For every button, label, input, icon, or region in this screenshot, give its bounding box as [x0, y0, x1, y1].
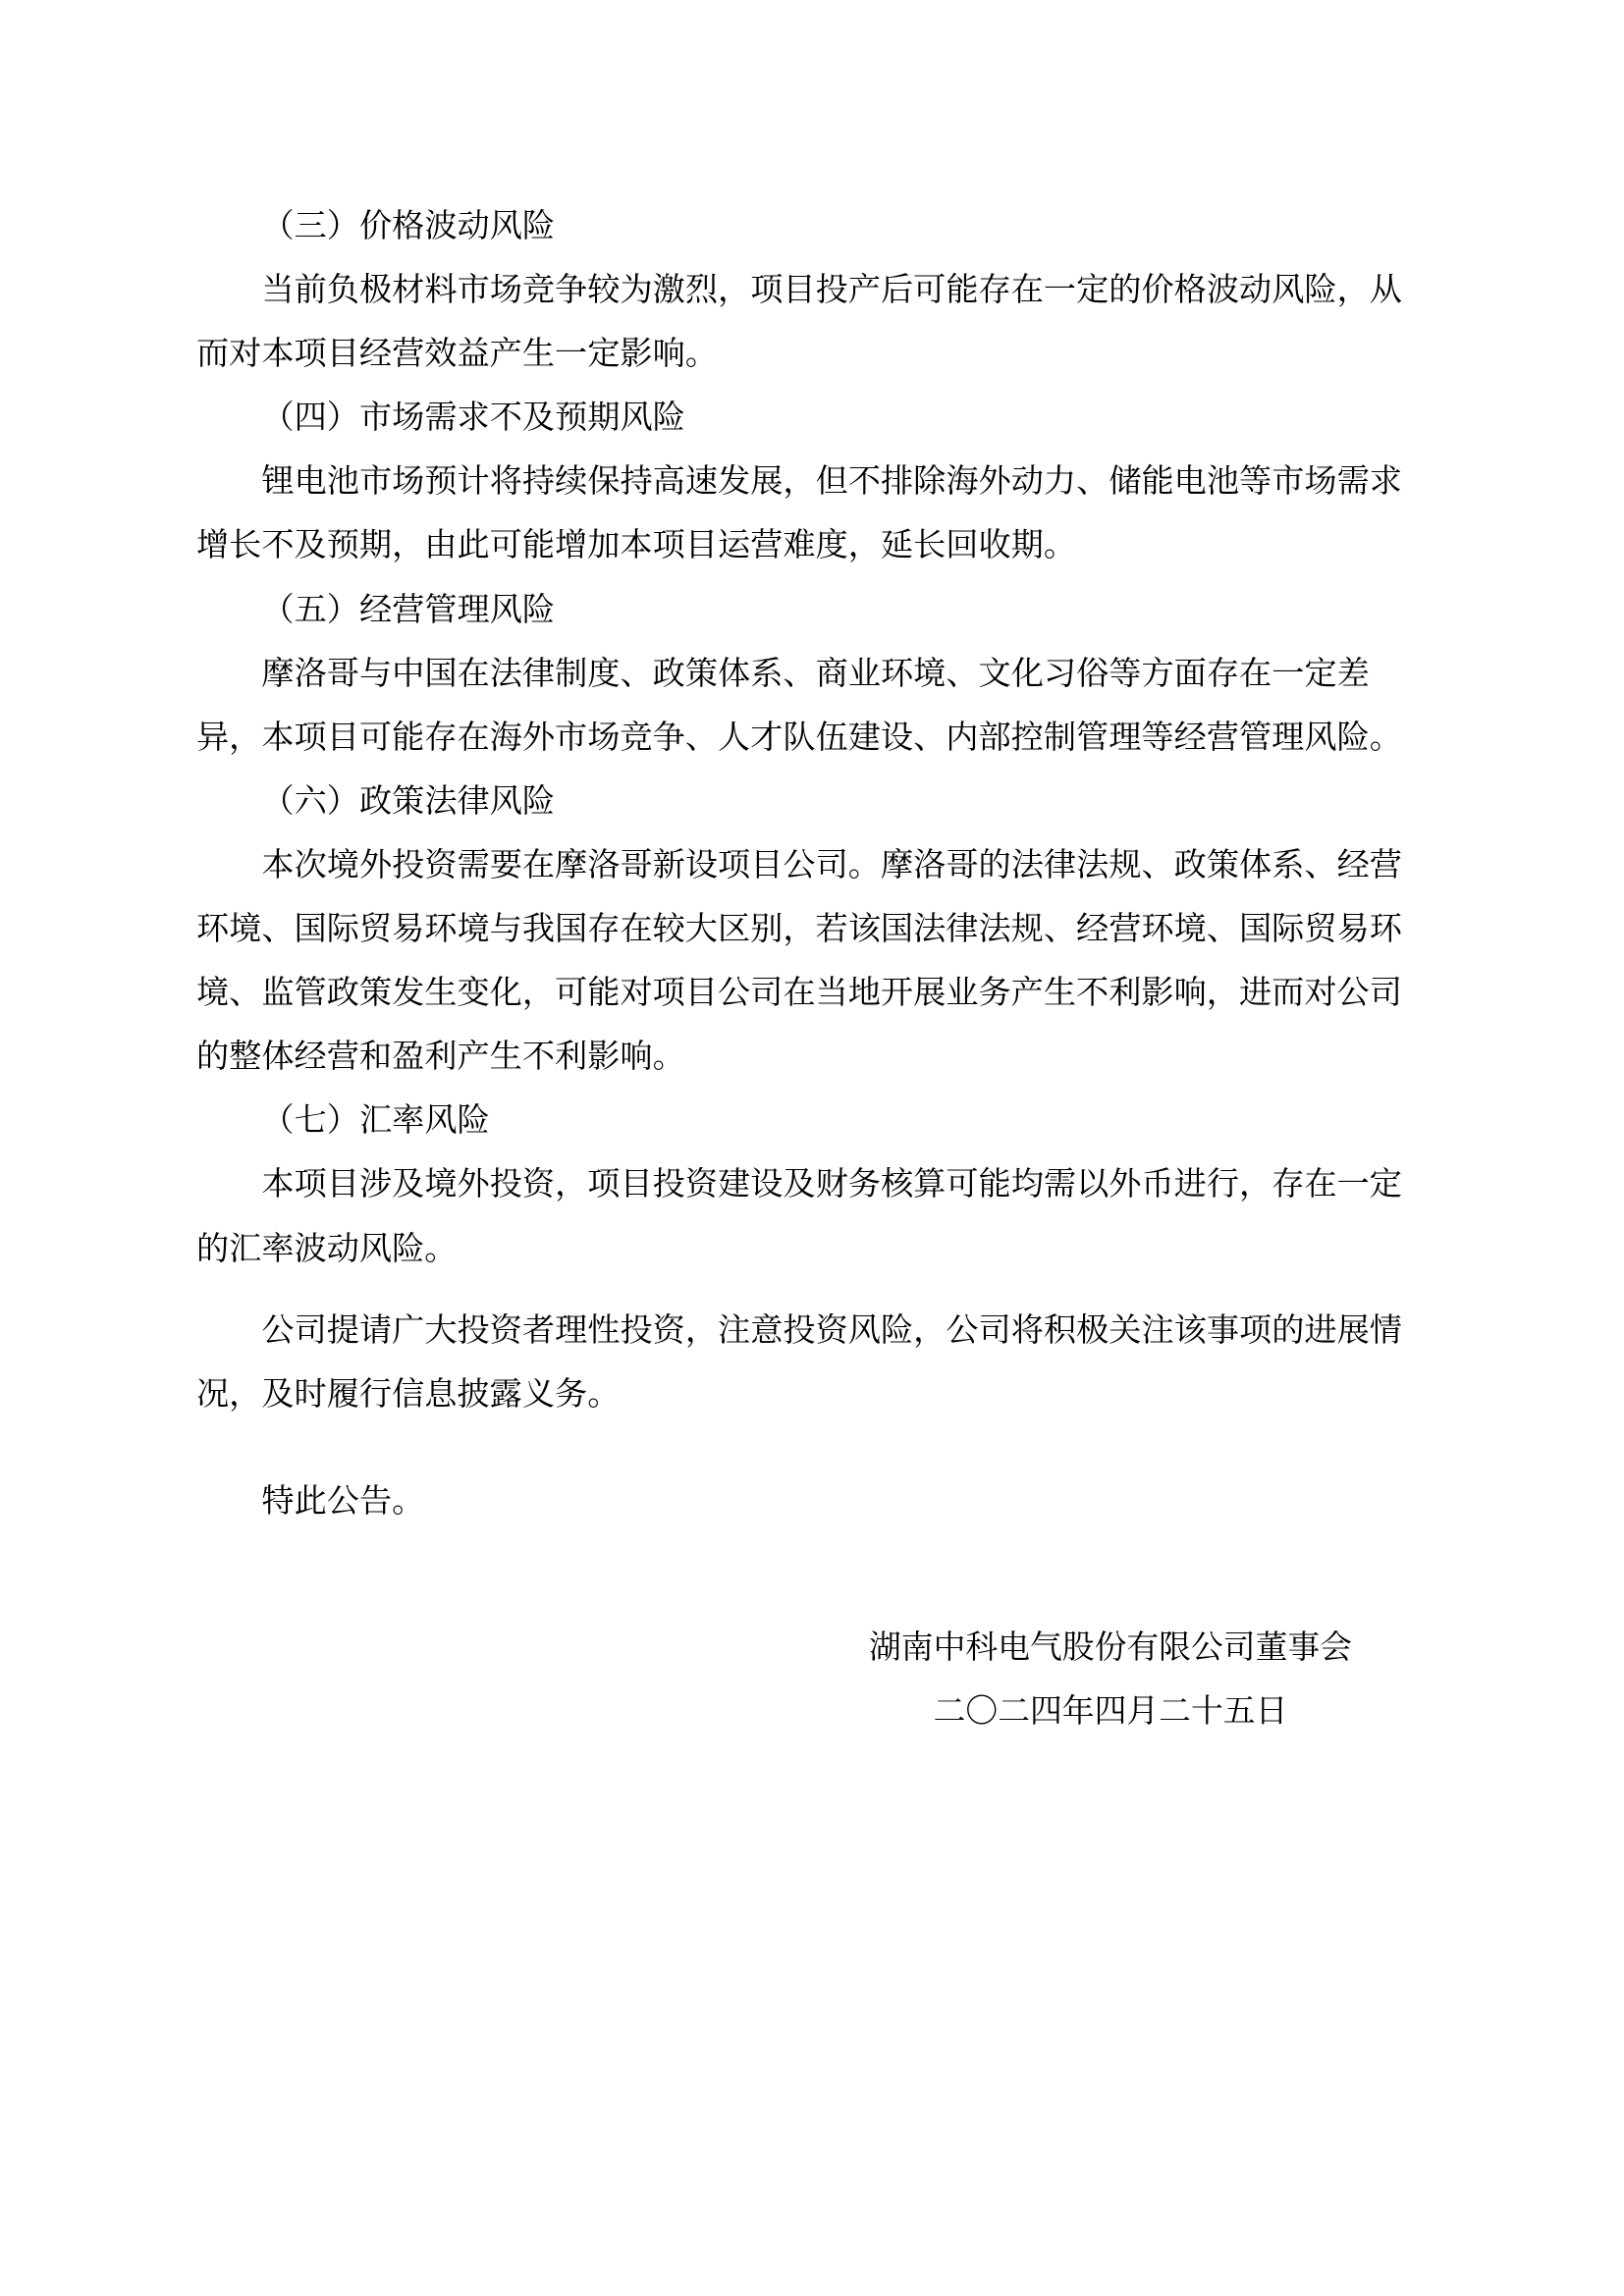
section-market-demand-risk: （四）市场需求不及预期风险 锂电池市场预计将持续保持高速发展，但不排除海外动力、…: [196, 385, 1408, 576]
closing-paragraph: 公司提请广大投资者理性投资，注意投资风险，公司将积极关注该事项的进展情 况，及时…: [196, 1298, 1408, 1425]
paragraph-line: 的汇率波动风险。: [196, 1216, 1408, 1280]
paragraph-line: 况，及时履行信息披露义务。: [196, 1362, 1408, 1425]
signature-date: 二〇二四年四月二十五日: [860, 1680, 1361, 1743]
signature-block: 湖南中科电气股份有限公司董事会 二〇二四年四月二十五日: [860, 1616, 1361, 1743]
paragraph-line: 公司提请广大投资者理性投资，注意投资风险，公司将积极关注该事项的进展情: [196, 1298, 1408, 1362]
paragraph-line: 环境、国际贸易环境与我国存在较大区别，若该国法律法规、经营环境、国际贸易环: [196, 896, 1408, 960]
paragraph-line: 摩洛哥与中国在法律制度、政策体系、商业环境、文化习俗等方面存在一定差: [196, 641, 1408, 705]
paragraph-line: 异，本项目可能存在海外市场竞争、人才队伍建设、内部控制管理等经营管理风险。: [196, 705, 1408, 769]
section-heading: （六）政策法律风险: [196, 769, 1408, 832]
signature-company: 湖南中科电气股份有限公司董事会: [860, 1616, 1361, 1680]
section-exchange-rate-risk: （七）汇率风险 本项目涉及境外投资，项目投资建设及财务核算可能均需以外币进行，存…: [196, 1088, 1408, 1279]
section-heading: （三）价格波动风险: [196, 193, 1408, 257]
section-heading: （五）经营管理风险: [196, 577, 1408, 641]
document-page: （三）价格波动风险 当前负极材料市场竞争较为激烈，项目投产后可能存在一定的价格波…: [0, 0, 1624, 2296]
section-policy-legal-risk: （六）政策法律风险 本次境外投资需要在摩洛哥新设项目公司。摩洛哥的法律法规、政策…: [196, 769, 1408, 1088]
document-body: （三）价格波动风险 当前负极材料市场竞争较为激烈，项目投产后可能存在一定的价格波…: [196, 193, 1408, 1743]
section-heading: （四）市场需求不及预期风险: [196, 385, 1408, 449]
sign-off-text: 特此公告。: [196, 1468, 1408, 1532]
section-heading: （七）汇率风险: [196, 1088, 1408, 1151]
paragraph-line: 境、监管政策发生变化，可能对项目公司在当地开展业务产生不利影响，进而对公司: [196, 960, 1408, 1024]
section-operation-management-risk: （五）经营管理风险 摩洛哥与中国在法律制度、政策体系、商业环境、文化习俗等方面存…: [196, 577, 1408, 769]
sign-off: 特此公告。: [196, 1468, 1408, 1532]
paragraph-line: 本次境外投资需要在摩洛哥新设项目公司。摩洛哥的法律法规、政策体系、经营: [196, 832, 1408, 896]
paragraph-line: 当前负极材料市场竞争较为激烈，项目投产后可能存在一定的价格波动风险，从: [196, 257, 1408, 321]
paragraph-line: 而对本项目经营效益产生一定影响。: [196, 321, 1408, 385]
section-price-volatility-risk: （三）价格波动风险 当前负极材料市场竞争较为激烈，项目投产后可能存在一定的价格波…: [196, 193, 1408, 385]
paragraph-line: 的整体经营和盈利产生不利影响。: [196, 1024, 1408, 1088]
paragraph-line: 锂电池市场预计将持续保持高速发展，但不排除海外动力、储能电池等市场需求: [196, 449, 1408, 512]
paragraph-line: 增长不及预期，由此可能增加本项目运营难度，延长回收期。: [196, 512, 1408, 576]
paragraph-line: 本项目涉及境外投资，项目投资建设及财务核算可能均需以外币进行，存在一定: [196, 1151, 1408, 1215]
